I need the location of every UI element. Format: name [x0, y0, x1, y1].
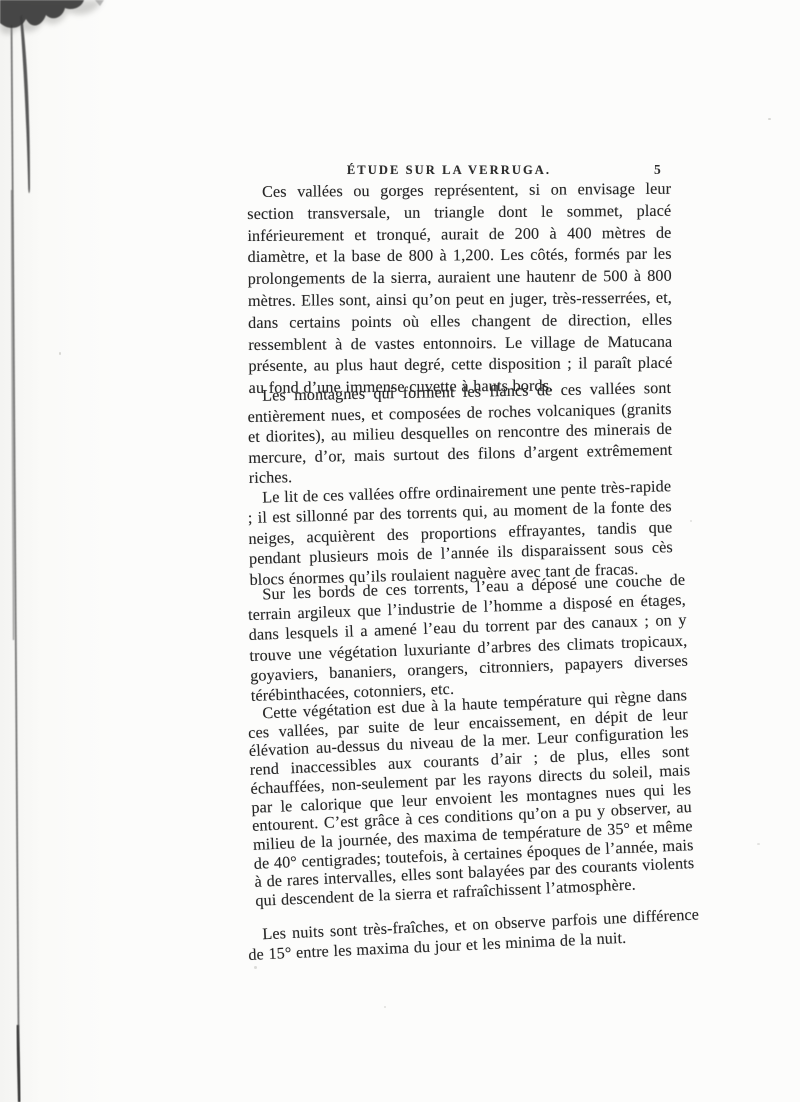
- paragraph: Ces vallées ou gorges représentent, si o…: [247, 179, 673, 400]
- paragraph: Les montagnes qui forment les flancs de …: [247, 378, 673, 489]
- paragraph: Sur les bords de ces torrents, l’eau a d…: [247, 570, 689, 706]
- paragraph: Les nuits sont très-fraîches, et on obse…: [247, 904, 700, 964]
- dust-speck: [757, 843, 760, 845]
- dust-speck: [690, 520, 692, 522]
- dust-speck: [254, 966, 257, 969]
- scan-page: ÉTUDE SUR LA VERRUGA. 5 Ces vallées ou g…: [0, 0, 800, 1102]
- ink-blot-tail: [20, 15, 30, 193]
- page-number: 5: [654, 162, 661, 178]
- paragraph: Cette végétation est due à la haute temp…: [247, 686, 695, 910]
- ink-blot: [0, 0, 104, 193]
- dust-speck: [384, 1006, 386, 1008]
- gutter-shadow-line: [12, 25, 20, 1102]
- running-header-title: ÉTUDE SUR LA VERRUGA.: [248, 163, 650, 178]
- dust-speck: [768, 118, 771, 120]
- dust-speck: [59, 352, 61, 355]
